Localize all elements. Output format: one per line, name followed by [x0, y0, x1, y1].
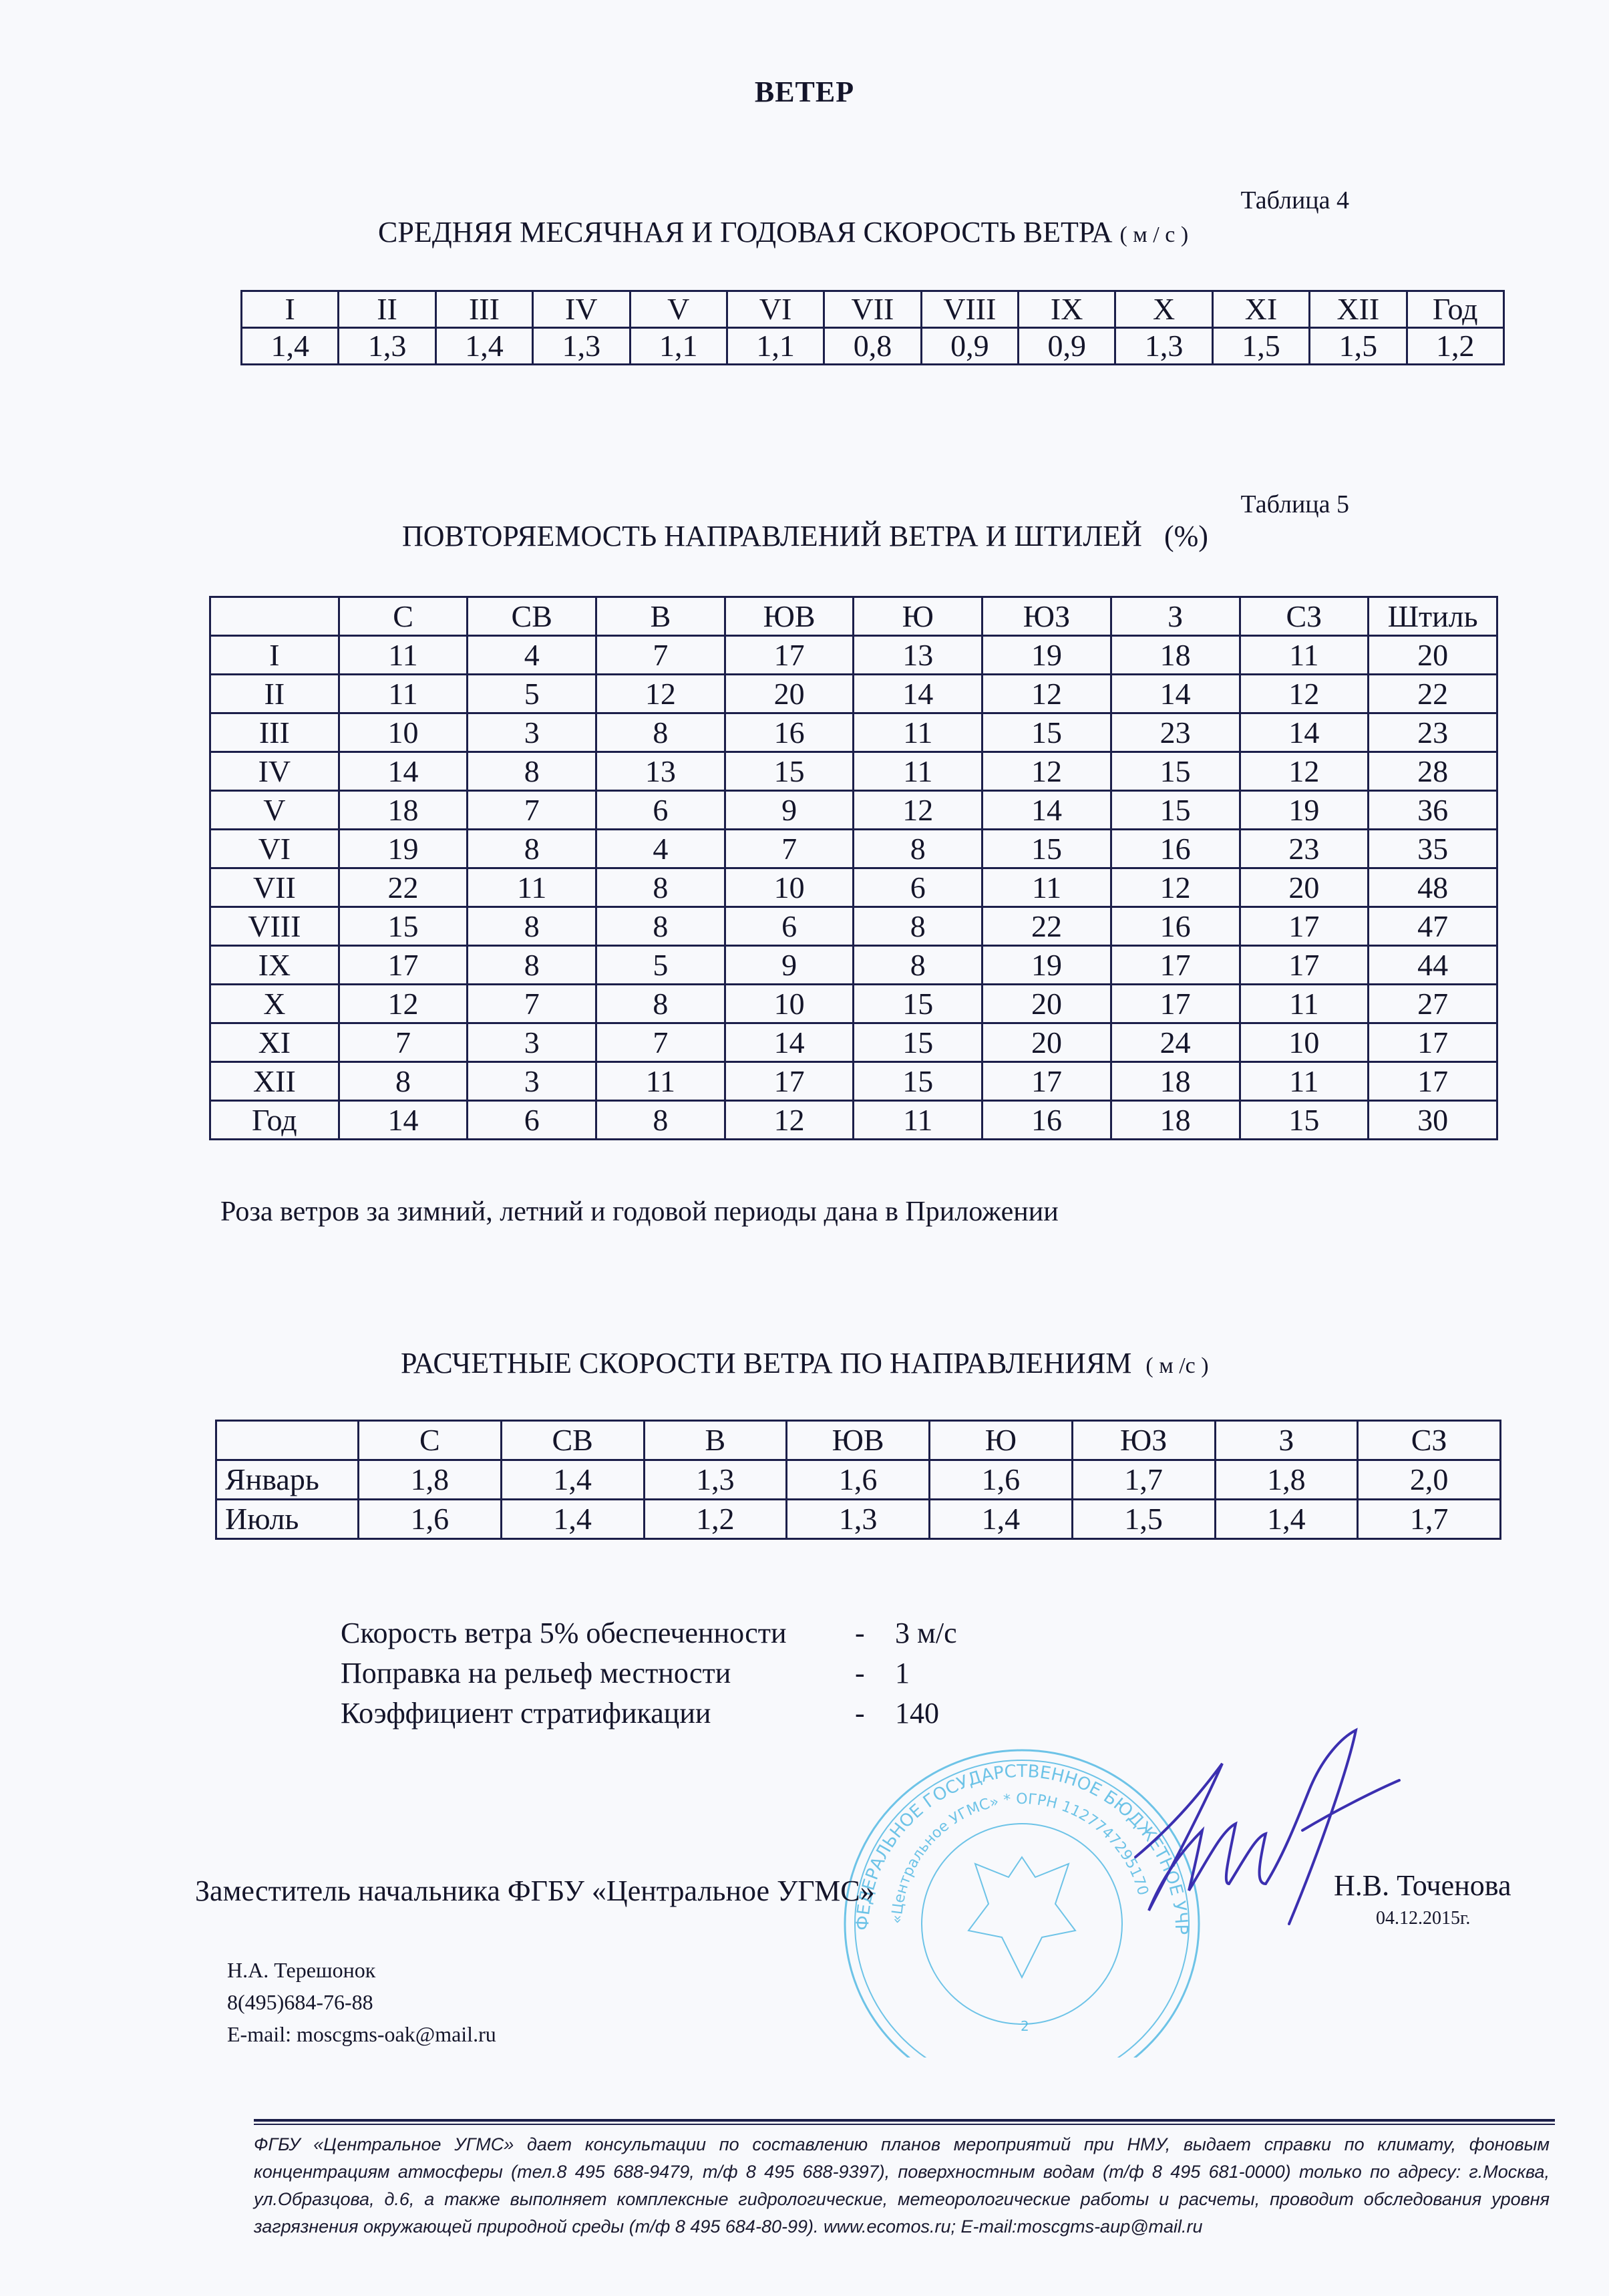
- table-header-cell: XII: [1310, 291, 1407, 328]
- table-cell: 2,0: [1358, 1460, 1501, 1500]
- table-cell: 1,2: [1407, 328, 1504, 365]
- table-header-row: ССВВЮВЮЮЗЗСЗ: [216, 1421, 1501, 1460]
- table-cell: 9: [725, 946, 854, 985]
- row-header-cell: VII: [210, 868, 339, 907]
- table-header-cell: СЗ: [1240, 597, 1369, 636]
- table-cell: 17: [1111, 985, 1240, 1023]
- table-row: 1,41,31,41,31,11,10,80,90,91,31,51,51,2: [242, 328, 1504, 365]
- table-header-cell: З: [1215, 1421, 1358, 1460]
- table-cell: 23: [1369, 713, 1497, 752]
- table-cell: 8: [468, 907, 596, 946]
- table-cell: 12: [339, 985, 468, 1023]
- table-row: I1147171319181120: [210, 636, 1497, 675]
- table-header-cell: З: [1111, 597, 1240, 636]
- table6-title-text: РАСЧЕТНЫЕ СКОРОСТИ ВЕТРА ПО НАПРАВЛЕНИЯМ: [401, 1347, 1131, 1379]
- table-cell: 4: [596, 830, 725, 868]
- table-cell: 8: [468, 946, 596, 985]
- table-cell: 1,6: [359, 1500, 502, 1539]
- param-dash: -: [855, 1693, 895, 1734]
- table-cell: 7: [468, 791, 596, 830]
- table6-unit: ( м /с ): [1145, 1353, 1208, 1378]
- table-cell: 0,9: [921, 328, 1018, 365]
- table-cell: 14: [339, 1101, 468, 1140]
- signature-date: 04.12.2015г.: [1376, 1908, 1470, 1929]
- table-cell: 4: [468, 636, 596, 675]
- row-header-cell: Январь: [216, 1460, 359, 1500]
- table-row: X1278101520171127: [210, 985, 1497, 1023]
- table-cell: 22: [339, 868, 468, 907]
- table-cell: 22: [982, 907, 1111, 946]
- table-header-cell: IX: [1019, 291, 1115, 328]
- table-cell: 6: [725, 907, 854, 946]
- table-cell: 1,6: [930, 1460, 1073, 1500]
- table-cell: 36: [1369, 791, 1497, 830]
- table-cell: 14: [854, 675, 982, 713]
- mean-wind-speed-table: IIIIIIIVVVIVIIVIIIIXXXIXIIГод 1,41,31,41…: [240, 290, 1505, 365]
- signer-name: Н.В. Точенова: [1334, 1868, 1511, 1903]
- table-cell: 14: [339, 752, 468, 791]
- table-header-row: IIIIIIIVVVIVIIVIIIIXXXIXIIГод: [242, 291, 1504, 328]
- table-cell: 8: [854, 946, 982, 985]
- table-cell: 35: [1369, 830, 1497, 868]
- param-label: Скорость ветра 5% обеспеченности: [341, 1613, 855, 1653]
- table-cell: 1,3: [533, 328, 630, 365]
- table-cell: 24: [1111, 1023, 1240, 1062]
- table-header-cell: V: [630, 291, 727, 328]
- table-header-cell: VIII: [921, 291, 1018, 328]
- table-cell: 14: [1111, 675, 1240, 713]
- table-cell: 0,9: [1019, 328, 1115, 365]
- param-value: 1: [895, 1653, 910, 1693]
- row-header-cell: I: [210, 636, 339, 675]
- table-cell: 17: [725, 1062, 854, 1101]
- table6-title: РАСЧЕТНЫЕ СКОРОСТИ ВЕТРА ПО НАПРАВЛЕНИЯМ…: [401, 1346, 1209, 1380]
- table-cell: 13: [596, 752, 725, 791]
- table-cell: 7: [596, 636, 725, 675]
- table-cell: 15: [725, 752, 854, 791]
- table-cell: 11: [854, 1101, 982, 1140]
- table-cell: 20: [982, 985, 1111, 1023]
- table-cell: 15: [982, 830, 1111, 868]
- row-header-cell: Год: [210, 1101, 339, 1140]
- table-cell: 13: [854, 636, 982, 675]
- table-cell: 20: [982, 1023, 1111, 1062]
- table-cell: 11: [1240, 985, 1369, 1023]
- table-row: V187691214151936: [210, 791, 1497, 830]
- table-cell: 11: [468, 868, 596, 907]
- table-cell: 5: [468, 675, 596, 713]
- table-header-cell: СВ: [501, 1421, 644, 1460]
- wind-rose-note: Роза ветров за зимний, летний и годовой …: [220, 1196, 1059, 1228]
- table-cell: 1,5: [1310, 328, 1407, 365]
- table-cell: 5: [596, 946, 725, 985]
- table-header-cell: VI: [727, 291, 824, 328]
- table-cell: 8: [854, 907, 982, 946]
- row-header-cell: VIII: [210, 907, 339, 946]
- table-cell: 1,5: [1212, 328, 1309, 365]
- table-row: III1038161115231423: [210, 713, 1497, 752]
- table-cell: 1,3: [339, 328, 435, 365]
- table-cell: 1,4: [501, 1500, 644, 1539]
- table-cell: 1,2: [644, 1500, 787, 1539]
- table-cell: 6: [854, 868, 982, 907]
- table-cell: 14: [982, 791, 1111, 830]
- table-header-cell: II: [339, 291, 435, 328]
- table-cell: 15: [854, 1023, 982, 1062]
- table-row: Июль1,61,41,21,31,41,51,41,7: [216, 1500, 1501, 1539]
- table-row: Январь1,81,41,31,61,61,71,82,0: [216, 1460, 1501, 1500]
- table-cell: 19: [982, 946, 1111, 985]
- table-header-cell: ЮЗ: [1072, 1421, 1215, 1460]
- table-header-cell: Ю: [930, 1421, 1073, 1460]
- table-row: IV14813151112151228: [210, 752, 1497, 791]
- table-cell: 7: [596, 1023, 725, 1062]
- table-cell: 30: [1369, 1101, 1497, 1140]
- row-header-cell: III: [210, 713, 339, 752]
- row-header-cell: Июль: [216, 1500, 359, 1539]
- table-row: IX17859819171744: [210, 946, 1497, 985]
- svg-text:2: 2: [1021, 2018, 1029, 2034]
- table4-label: Таблица 4: [1002, 186, 1349, 215]
- table-cell: 17: [982, 1062, 1111, 1101]
- table-cell: 1,1: [727, 328, 824, 365]
- table-cell: 17: [1369, 1062, 1497, 1101]
- table-cell: 11: [854, 713, 982, 752]
- table-cell: 16: [1111, 907, 1240, 946]
- param-row: Поправка на рельеф местности - 1: [341, 1653, 957, 1693]
- table-cell: 8: [596, 868, 725, 907]
- table-cell: 16: [1111, 830, 1240, 868]
- table-row: VIII15886822161747: [210, 907, 1497, 946]
- table-cell: 1,3: [787, 1500, 930, 1539]
- table-cell: 3: [468, 1023, 596, 1062]
- row-header-cell: XI: [210, 1023, 339, 1062]
- table-header-cell: Год: [1407, 291, 1504, 328]
- table-cell: 11: [982, 868, 1111, 907]
- table-cell: 17: [1111, 946, 1240, 985]
- table-header-cell: СЗ: [1358, 1421, 1501, 1460]
- table-cell: 1,4: [242, 328, 339, 365]
- wind-parameters: Скорость ветра 5% обеспеченности - 3 м/с…: [341, 1613, 957, 1734]
- row-header-cell: VI: [210, 830, 339, 868]
- table-cell: 11: [339, 636, 468, 675]
- table-cell: 15: [854, 985, 982, 1023]
- table-row: VI19847815162335: [210, 830, 1497, 868]
- table-cell: 1,8: [359, 1460, 502, 1500]
- table-cell: 1,3: [644, 1460, 787, 1500]
- footer-text: ФГБУ «Центральное УГМС» дает консультаци…: [254, 2131, 1550, 2241]
- table-header-cell: X: [1115, 291, 1212, 328]
- table-cell: 1,6: [787, 1460, 930, 1500]
- table-cell: 15: [982, 713, 1111, 752]
- table-cell: 10: [725, 868, 854, 907]
- row-header-cell: IX: [210, 946, 339, 985]
- table-cell: 28: [1369, 752, 1497, 791]
- table-cell: 14: [1240, 713, 1369, 752]
- table-cell: 1,4: [930, 1500, 1073, 1539]
- table-cell: 6: [596, 791, 725, 830]
- table-header-cell: I: [242, 291, 339, 328]
- table-cell: 9: [725, 791, 854, 830]
- table-header-cell: ЮВ: [725, 597, 854, 636]
- contact-block: Н.А. Терешонок 8(495)684-76-88 E-mail: m…: [227, 1954, 496, 2050]
- table-cell: 19: [1240, 791, 1369, 830]
- table-cell: 8: [596, 907, 725, 946]
- table-header-cell: III: [435, 291, 532, 328]
- row-header-cell: II: [210, 675, 339, 713]
- table-header-cell: IV: [533, 291, 630, 328]
- table-cell: 1,4: [1215, 1500, 1358, 1539]
- table-cell: 22: [1369, 675, 1497, 713]
- row-header-cell: V: [210, 791, 339, 830]
- table-cell: 11: [339, 675, 468, 713]
- table-cell: 1,8: [1215, 1460, 1358, 1500]
- table4-title: СРЕДНЯЯ МЕСЯЧНАЯ И ГОДОВАЯ СКОРОСТЬ ВЕТР…: [378, 215, 1188, 249]
- table-cell: 19: [339, 830, 468, 868]
- table5-label: Таблица 5: [1002, 490, 1349, 519]
- param-label: Поправка на рельеф местности: [341, 1653, 855, 1693]
- signer-position: Заместитель начальника ФГБУ «Центральное…: [195, 1874, 875, 1908]
- footer-divider: [254, 2119, 1555, 2125]
- table-cell: 6: [468, 1101, 596, 1140]
- table-cell: 14: [725, 1023, 854, 1062]
- row-header-cell: IV: [210, 752, 339, 791]
- page-title: ВЕТЕР: [0, 75, 1609, 109]
- table-cell: 8: [468, 830, 596, 868]
- table-cell: 20: [725, 675, 854, 713]
- param-dash: -: [855, 1653, 895, 1693]
- table-cell: 1,3: [1115, 328, 1212, 365]
- table-cell: 12: [596, 675, 725, 713]
- table-cell: 8: [339, 1062, 468, 1101]
- table-cell: 23: [1111, 713, 1240, 752]
- table-cell: 17: [1240, 946, 1369, 985]
- table-header-cell: [216, 1421, 359, 1460]
- wind-direction-frequency-table: ССВВЮВЮЮЗЗСЗШтильI1147171319181120II1151…: [209, 596, 1498, 1140]
- table-cell: 10: [725, 985, 854, 1023]
- table-header-cell: С: [339, 597, 468, 636]
- table-cell: 15: [1111, 752, 1240, 791]
- table-row: Год1468121116181530: [210, 1101, 1497, 1140]
- table-cell: 1,5: [1072, 1500, 1215, 1539]
- table-cell: 10: [339, 713, 468, 752]
- table-header-cell: В: [644, 1421, 787, 1460]
- contact-name: Н.А. Терешонок: [227, 1954, 496, 1986]
- table-cell: 18: [339, 791, 468, 830]
- table-cell: 11: [596, 1062, 725, 1101]
- param-dash: -: [855, 1613, 895, 1653]
- table-cell: 7: [468, 985, 596, 1023]
- table-cell: 19: [982, 636, 1111, 675]
- table-cell: 1,7: [1358, 1500, 1501, 1539]
- table-header-cell: СВ: [468, 597, 596, 636]
- table4-unit: ( м / с ): [1119, 222, 1188, 247]
- table-cell: 12: [982, 675, 1111, 713]
- contact-email: E-mail: moscgms-oak@mail.ru: [227, 2018, 496, 2050]
- table-header-cell: Штиль: [1369, 597, 1497, 636]
- table-header-cell: В: [596, 597, 725, 636]
- table-cell: 18: [1111, 1101, 1240, 1140]
- table-row: XI737141520241017: [210, 1023, 1497, 1062]
- table-cell: 12: [1111, 868, 1240, 907]
- table-cell: 16: [725, 713, 854, 752]
- param-row: Коэффициент стратификации - 140: [341, 1693, 957, 1734]
- table-cell: 12: [982, 752, 1111, 791]
- table-cell: 27: [1369, 985, 1497, 1023]
- table-cell: 15: [1240, 1101, 1369, 1140]
- param-label: Коэффициент стратификации: [341, 1693, 855, 1734]
- table-cell: 44: [1369, 946, 1497, 985]
- param-row: Скорость ветра 5% обеспеченности - 3 м/с: [341, 1613, 957, 1653]
- param-value: 3 м/с: [895, 1613, 957, 1653]
- table-header-cell: Ю: [854, 597, 982, 636]
- table-cell: 12: [1240, 752, 1369, 791]
- table-cell: 18: [1111, 636, 1240, 675]
- table-header-cell: С: [359, 1421, 502, 1460]
- table-header-cell: ЮВ: [787, 1421, 930, 1460]
- table-cell: 15: [854, 1062, 982, 1101]
- table-cell: 1,4: [501, 1460, 644, 1500]
- table-cell: 11: [854, 752, 982, 791]
- table-cell: 17: [1369, 1023, 1497, 1062]
- table-cell: 0,8: [824, 328, 921, 365]
- design-wind-speed-table: ССВВЮВЮЮЗЗСЗЯнварь1,81,41,31,61,61,71,82…: [215, 1420, 1501, 1540]
- table-header-cell: XI: [1212, 291, 1309, 328]
- table-cell: 15: [339, 907, 468, 946]
- table-header-cell: VII: [824, 291, 921, 328]
- table-cell: 47: [1369, 907, 1497, 946]
- table-cell: 12: [854, 791, 982, 830]
- table-cell: 7: [725, 830, 854, 868]
- table-cell: 8: [596, 985, 725, 1023]
- table-cell: 17: [725, 636, 854, 675]
- table5-title-text: ПОВТОРЯЕМОСТЬ НАПРАВЛЕНИЙ ВЕТРА И ШТИЛЕЙ: [402, 520, 1142, 552]
- table-cell: 8: [854, 830, 982, 868]
- table-cell: 23: [1240, 830, 1369, 868]
- table-cell: 18: [1111, 1062, 1240, 1101]
- table-header-cell: [210, 597, 339, 636]
- table5-title: ПОВТОРЯЕМОСТЬ НАПРАВЛЕНИЙ ВЕТРА И ШТИЛЕЙ…: [402, 519, 1208, 553]
- signature-icon: [1122, 1724, 1403, 1937]
- table-cell: 12: [1240, 675, 1369, 713]
- table-header-cell: ЮЗ: [982, 597, 1111, 636]
- table-cell: 1,7: [1072, 1460, 1215, 1500]
- table-row: II11512201412141222: [210, 675, 1497, 713]
- table-cell: 8: [596, 1101, 725, 1140]
- table-cell: 11: [1240, 636, 1369, 675]
- table-cell: 3: [468, 713, 596, 752]
- table-cell: 1,1: [630, 328, 727, 365]
- table-cell: 8: [468, 752, 596, 791]
- table-cell: 20: [1240, 868, 1369, 907]
- table-cell: 48: [1369, 868, 1497, 907]
- table5-unit: (%): [1164, 520, 1208, 552]
- table-cell: 1,4: [435, 328, 532, 365]
- table-cell: 15: [1111, 791, 1240, 830]
- param-value: 140: [895, 1693, 939, 1734]
- table-cell: 20: [1369, 636, 1497, 675]
- table-cell: 8: [596, 713, 725, 752]
- table-cell: 16: [982, 1101, 1111, 1140]
- table-row: VII2211810611122048: [210, 868, 1497, 907]
- table-header-row: ССВВЮВЮЮЗЗСЗШтиль: [210, 597, 1497, 636]
- table4-title-text: СРЕДНЯЯ МЕСЯЧНАЯ И ГОДОВАЯ СКОРОСТЬ ВЕТР…: [378, 216, 1112, 249]
- row-header-cell: X: [210, 985, 339, 1023]
- table-cell: 10: [1240, 1023, 1369, 1062]
- table-cell: 12: [725, 1101, 854, 1140]
- table-cell: 7: [339, 1023, 468, 1062]
- table-cell: 17: [1240, 907, 1369, 946]
- row-header-cell: XII: [210, 1062, 339, 1101]
- table-row: XII8311171517181117: [210, 1062, 1497, 1101]
- contact-phone: 8(495)684-76-88: [227, 1986, 496, 2018]
- table-cell: 17: [339, 946, 468, 985]
- table-cell: 11: [1240, 1062, 1369, 1101]
- table-cell: 3: [468, 1062, 596, 1101]
